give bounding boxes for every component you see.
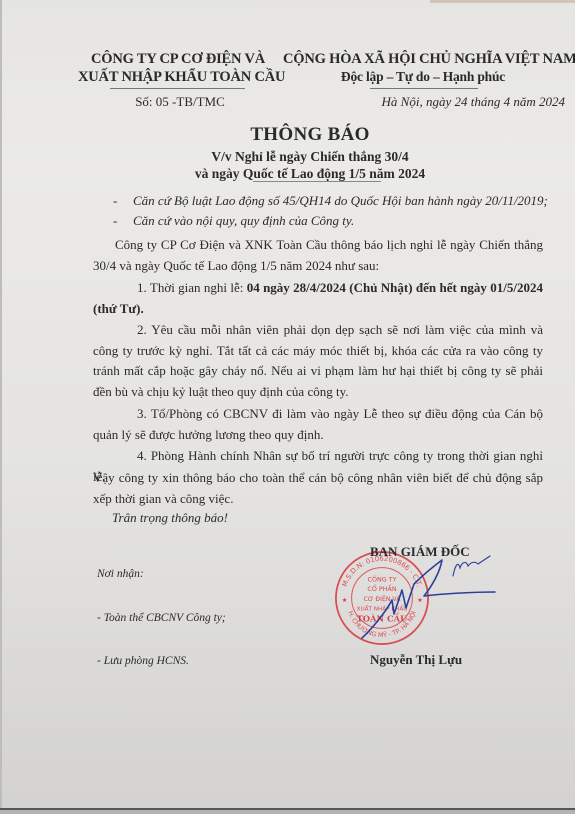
basis-bullet: - — [113, 193, 117, 209]
item-2: 2. Yêu cầu mỗi nhân viên phải dọn dẹp sạ… — [93, 320, 543, 402]
signatory-name: Nguyễn Thị Lựu — [370, 652, 462, 668]
company-header-underline — [110, 88, 245, 89]
item-1: 1. Thời gian nghỉ lễ: 04 ngày 28/4/2024 … — [93, 278, 543, 319]
recipients-block: Nơi nhận: - Toàn thể CBCNV Công ty; - Lư… — [97, 538, 226, 698]
national-header: CỘNG HÒA XÃ HỘI CHỦ NGHĨA VIỆT NAM Độc l… — [283, 50, 563, 86]
recipient-item: - Lưu phòng HCNS. — [97, 654, 226, 669]
document-title: THÔNG BÁO — [60, 124, 560, 146]
page-bottom-margin — [0, 810, 575, 814]
national-motto-underline — [370, 88, 478, 89]
company-header: CÔNG TY CP CƠ ĐIỆN VÀ XUẤT NHẬP KHẨU TOÀ… — [78, 50, 278, 86]
page-left-edge — [0, 0, 2, 808]
document-page: CÔNG TY CP CƠ ĐIỆN VÀ XUẤT NHẬP KHẨU TOÀ… — [0, 0, 575, 808]
intro-paragraph: Công ty CP Cơ Điện và XNK Toàn Cầu thông… — [93, 235, 543, 276]
photo-edge-strip — [430, 0, 575, 3]
item-3: 3. Tổ/Phòng có CBCNV đi làm vào ngày Lễ … — [93, 404, 543, 445]
closing-paragraph: Vậy công ty xin thông báo cho toàn thể c… — [93, 468, 543, 509]
basis-item: Căn cứ vào nội quy, quy định của Công ty… — [133, 213, 354, 229]
national-title: CỘNG HÒA XÃ HỘI CHỦ NGHĨA VIỆT NAM — [283, 50, 563, 68]
document-subject: V/v Nghỉ lễ ngày Chiến thắng 30/4 và ngà… — [60, 148, 560, 182]
place-and-date: Hà Nội, ngày 24 tháng 4 năm 2024 — [340, 94, 565, 110]
subject-underline — [253, 181, 381, 182]
item-1-prefix: 1. Thời gian nghỉ lễ: — [137, 280, 247, 295]
basis-bullet: - — [113, 213, 117, 229]
regards: Trân trọng thông báo! — [112, 510, 228, 526]
company-name-line1: CÔNG TY CP CƠ ĐIỆN VÀ — [78, 50, 278, 68]
recipient-item: - Toàn thể CBCNV Công ty; — [97, 611, 226, 626]
subject-line1: V/v Nghỉ lễ ngày Chiến thắng 30/4 — [60, 148, 560, 165]
svg-text:★: ★ — [342, 597, 347, 604]
handwritten-signature-icon — [350, 548, 500, 643]
subject-line2: và ngày Quốc tế Lao động 1/5 năm 2024 — [60, 165, 560, 182]
basis-item: Căn cứ Bộ luật Lao động số 45/QH14 do Qu… — [133, 193, 548, 209]
document-number: Số: 05 -TB/TMC — [80, 94, 280, 110]
company-name-line2: XUẤT NHẬP KHẨU TOÀN CẦU — [78, 68, 278, 86]
recipients-label: Nơi nhận: — [97, 567, 226, 582]
national-motto: Độc lập – Tự do – Hạnh phúc — [283, 68, 563, 86]
